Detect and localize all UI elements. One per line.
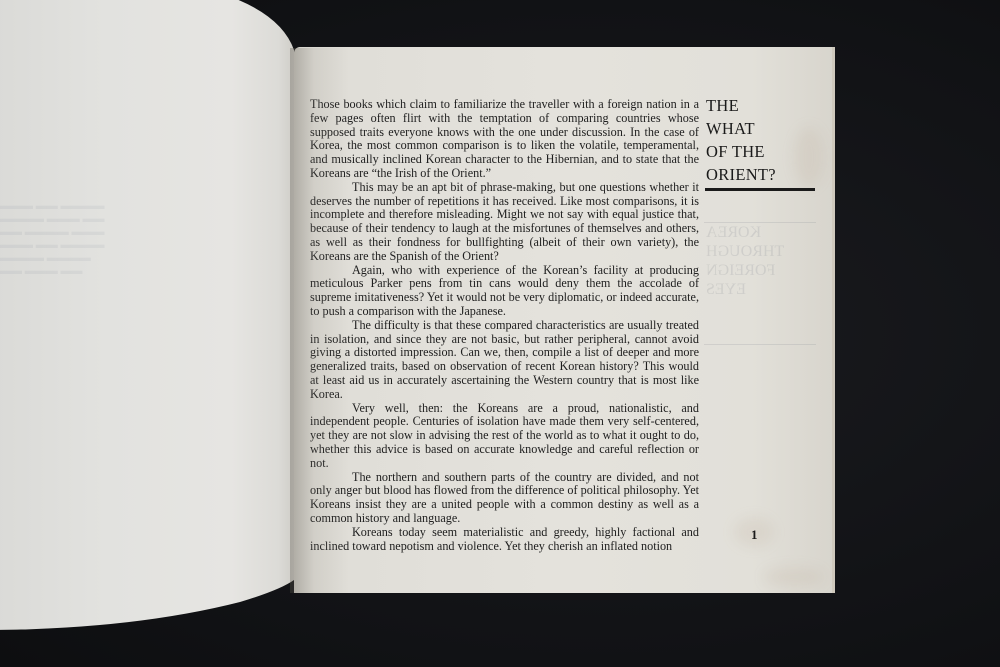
chapter-title-line: ORIENT? — [706, 163, 818, 186]
left-page-show-through: ▬▬▬ ▬▬ ▬▬▬▬▬▬▬▬ ▬▬▬ ▬▬▬▬ ▬▬▬▬ ▬▬▬▬▬▬ ▬▬ … — [0, 200, 110, 278]
title-underline-rule — [705, 188, 815, 191]
left-page: ▬▬▬ ▬▬ ▬▬▬▬▬▬▬▬ ▬▬▬ ▬▬▬▬ ▬▬▬▬ ▬▬▬▬▬▬ ▬▬ … — [0, 0, 294, 630]
paragraph: Those books which claim to familiarize t… — [310, 98, 699, 181]
chapter-title-line: WHAT — [706, 117, 818, 140]
chapter-title: THE WHAT OF THE ORIENT? — [706, 94, 818, 186]
right-page: Those books which claim to familiarize t… — [294, 47, 835, 593]
book-photo: ▬▬▬ ▬▬ ▬▬▬▬▬▬▬▬ ▬▬▬ ▬▬▬▬ ▬▬▬▬ ▬▬▬▬▬▬ ▬▬ … — [0, 0, 1000, 667]
chapter-title-line: THE — [706, 94, 818, 117]
paper-stain — [764, 567, 824, 587]
paragraph: The difficulty is that these compared ch… — [310, 319, 699, 402]
chapter-title-line: OF THE — [706, 140, 818, 163]
paragraph: The northern and southern parts of the c… — [310, 471, 699, 526]
paragraph: Koreans today seem materialistic and gre… — [310, 526, 699, 554]
paragraph: Very well, then: the Koreans are a proud… — [310, 402, 699, 471]
show-through-title: KOREA THROUGH FOREIGN EYES — [706, 223, 814, 299]
show-through-rule — [704, 344, 816, 345]
body-text: Those books which claim to familiarize t… — [310, 98, 699, 553]
paragraph: Again, who with experience of the Korean… — [310, 264, 699, 319]
page-number: 1 — [751, 527, 758, 543]
paragraph: This may be an apt bit of phrase-making,… — [310, 181, 699, 264]
